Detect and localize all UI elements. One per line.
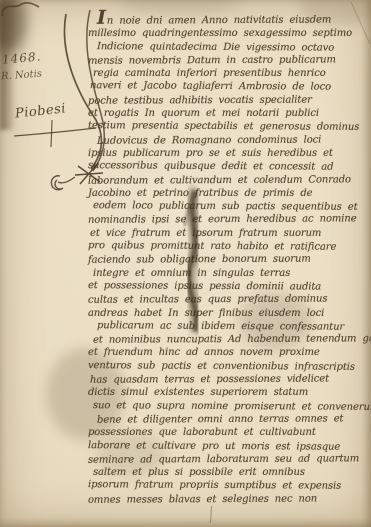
- manuscript-line: omnes messes blavas et selegines nec non: [88, 492, 366, 507]
- margin-notary-note: R. Notis: [1, 69, 43, 83]
- manuscript-line: faciendo sub obligatione bonorum suorum: [88, 253, 366, 268]
- manuscript-line: mensis novembris Datum in castro publica…: [88, 53, 366, 68]
- paraph-spiral-curl: [51, 176, 75, 190]
- margin-year-note: 1468.: [1, 49, 41, 66]
- manuscript-line: possessiones que laborabunt et cultivabu…: [88, 426, 366, 439]
- manuscript-line: saltem et plus si possibile erit omnibus: [93, 466, 366, 479]
- manuscript-line: et rogatis In quorum et mei notarii publ…: [88, 107, 366, 120]
- manuscript-line: testium presentia spectabilis et generos…: [88, 120, 366, 135]
- manuscript-line: seminare ad quartam laboraturam seu ad q…: [88, 452, 366, 467]
- manuscript-line: et nominibus nuncupatis Ad habendum tene…: [93, 332, 366, 347]
- manuscript-line: bene et diligenter omni anno terras omne…: [97, 412, 366, 427]
- manuscript-line: cultas et incultas eas quas prefatus dom…: [88, 293, 366, 308]
- manuscript-line: Ludovicus de Romagnano condominus loci: [97, 133, 366, 148]
- manuscript-line: Jacobino et petrino fratribus de primis …: [88, 187, 366, 200]
- manuscript-line: ipsorum fratrum propriis sumptibus et ex…: [88, 479, 366, 494]
- manuscript-text-block: In noie dni amen Anno nativitatis eiusde…: [88, 11, 366, 506]
- manuscript-line: et fruendum hinc ad annos novem proxime: [88, 346, 366, 359]
- manuscript-page: 1468. R. Notis Piobesi In noie dni amen …: [0, 0, 371, 527]
- margin-place-note: Piobesi: [14, 101, 66, 121]
- place-underline-flourish: [14, 128, 96, 136]
- manuscript-line: ipsius publicarum pro se et suis heredib…: [88, 147, 366, 160]
- manuscript-line: naveri et Jacobo tagliaferri Ambrosio de…: [90, 80, 366, 95]
- manuscript-line: Indicione quintadecima Die vigessimo oct…: [97, 40, 366, 55]
- manuscript-line: dictis simul existentes superiorem statu…: [88, 386, 366, 399]
- manuscript-line: et vice fratrum et ipsorum fratrum suoru…: [90, 227, 366, 240]
- manuscript-line: poche testibus adhibitis vocatis special…: [88, 93, 366, 108]
- manuscript-line: andreas habet In super finibus eiusdem l…: [88, 307, 366, 320]
- manuscript-line: In noie dni amen Anno nativitatis eiusde…: [97, 10, 366, 28]
- manuscript-line: nominandis ipsi se et eorum heredibus ac…: [88, 213, 366, 228]
- manuscript-line: successoribus quibusque dedit et concess…: [88, 159, 366, 174]
- manuscript-line: integre et omnium in singulas terras: [93, 267, 366, 280]
- manuscript-line: suo et quo supra nomine promiserunt et c…: [93, 399, 366, 414]
- manuscript-line: has quasdam terras et possessiones videl…: [90, 372, 366, 387]
- manuscript-line: laborare et cultivare pro ut moris est i…: [88, 439, 366, 454]
- place-descender-stroke: [51, 120, 52, 147]
- manuscript-line: laborandum et cultivandum et colendum Co…: [88, 173, 366, 188]
- bottom-edge-shading: [0, 517, 371, 527]
- manuscript-line: millesimo quadringentessimo sexagessimo …: [88, 27, 366, 40]
